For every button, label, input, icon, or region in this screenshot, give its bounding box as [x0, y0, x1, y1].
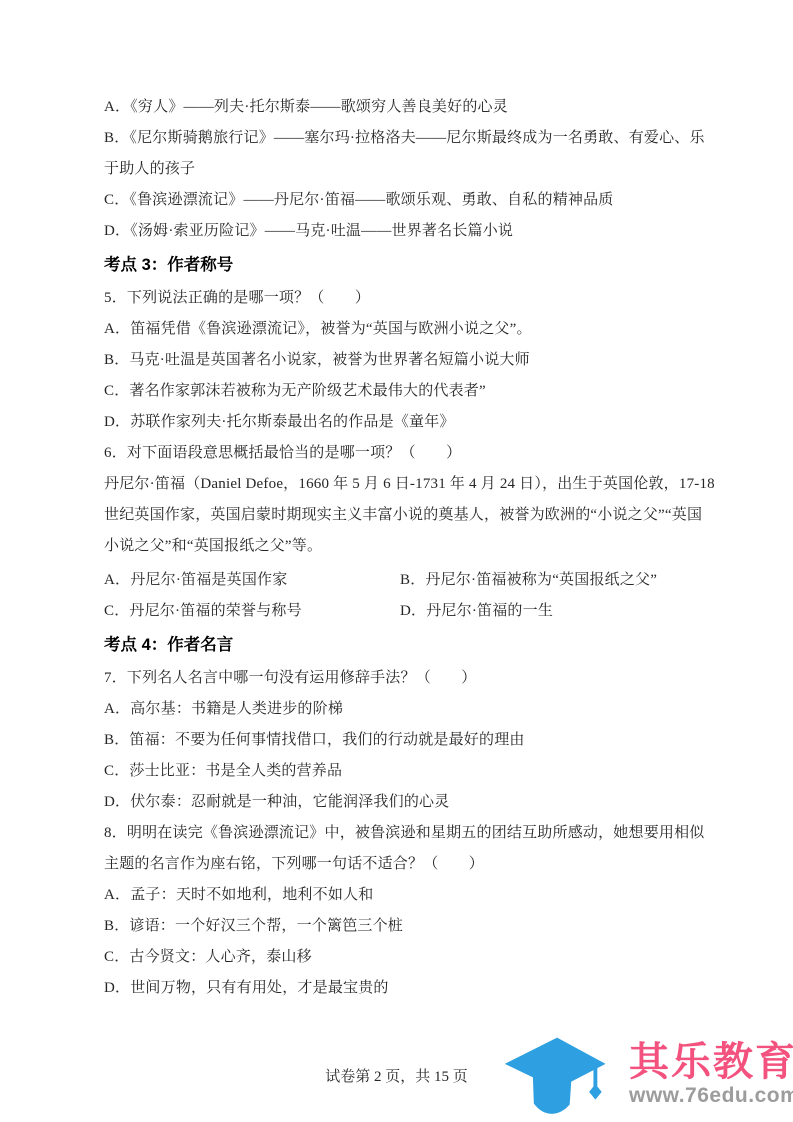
- q6-option-d: D．丹尼尔·笛福的一生: [400, 596, 704, 627]
- q6-option-b: B．丹尼尔·笛福被称为“英国报纸之父”: [400, 565, 704, 596]
- q7-option-d: D．伏尔泰：忍耐就是一种油，它能润泽我们的心灵: [104, 787, 704, 818]
- q8-option-b: B．谚语：一个好汉三个帮，一个篱笆三个桩: [104, 911, 704, 942]
- q7-option-b: B．笛福：不要为任何事情找借口，我们的行动就是最好的理由: [104, 725, 704, 756]
- q5-option-d: D．苏联作家列夫·托尔斯泰最出名的作品是《童年》: [104, 407, 704, 438]
- q8-option-a: A．孟子：天时不如地利，地利不如人和: [104, 880, 704, 911]
- section4-heading: 考点 4：作者名言: [104, 629, 704, 661]
- q4-option-d: D．《汤姆·索亚历险记》——马克·吐温——世界著名长篇小说: [104, 216, 704, 247]
- q4-option-b-line1: B．《尼尔斯骑鹅旅行记》——塞尔玛·拉格洛夫——尼尔斯最终成为一名勇敢、有爱心、…: [104, 123, 704, 154]
- q6-passage-line1: 丹尼尔·笛福（Daniel Defoe，1660 年 5 月 6 日-1731 …: [104, 469, 704, 500]
- brand-logo: 其乐教育 www.76edu.com: [497, 1026, 793, 1122]
- page-number-label: 试卷第 2 页，共 15 页: [325, 1069, 468, 1085]
- q7-option-a: A．高尔基：书籍是人类进步的阶梯: [104, 694, 704, 725]
- q8-option-c: C．古今贤文：人心齐，泰山移: [104, 942, 704, 973]
- q5-option-c: C．著名作家郭沫若被称为无产阶级艺术最伟大的代表者”: [104, 376, 704, 407]
- section3-heading: 考点 3：作者称号: [104, 249, 704, 281]
- q5-option-a: A．笛福凭借《鲁滨逊漂流记》，被誉为“英国与欧洲小说之父”。: [104, 314, 704, 345]
- q5-stem: 5．下列说法正确的是哪一项？（ ）: [104, 283, 704, 314]
- q6-option-a: A．丹尼尔·笛福是英国作家: [104, 565, 400, 596]
- q4-option-a: A．《穷人》——列夫·托尔斯泰——歌颂穷人善良美好的心灵: [104, 92, 704, 123]
- q7-stem: 7．下列名人名言中哪一句没有运用修辞手法？（ ）: [104, 663, 704, 694]
- brand-name: 其乐教育: [629, 1040, 793, 1084]
- q5-option-b: B．马克·吐温是英国著名小说家，被誉为世界著名短篇小说大师: [104, 345, 704, 376]
- graduation-cap-icon: [497, 1026, 623, 1122]
- page-content: A．《穷人》——列夫·托尔斯泰——歌颂穷人善良美好的心灵 B．《尼尔斯骑鹅旅行记…: [104, 92, 704, 1004]
- logo-text-block: 其乐教育 www.76edu.com: [629, 1040, 793, 1107]
- q6-passage-line2: 世纪英国作家，英国启蒙时期现实主义丰富小说的奠基人，被誉为欧洲的“小说之父”“英…: [104, 500, 704, 531]
- q4-option-b-line2: 于助人的孩子: [104, 154, 704, 185]
- q8-option-d: D．世间万物，只有有用处，才是最宝贵的: [104, 973, 704, 1004]
- q8-stem-line1: 8．明明在读完《鲁滨逊漂流记》中，被鲁滨逊和星期五的团结互助所感动，她想要用相似: [104, 818, 704, 849]
- q6-stem: 6．对下面语段意思概括最恰当的是哪一项？（ ）: [104, 438, 704, 469]
- q6-option-c: C．丹尼尔·笛福的荣誉与称号: [104, 596, 400, 627]
- q8-stem-line2: 主题的名言作为座右铭，下列哪一句话不适合？（ ）: [104, 849, 704, 880]
- exam-paper-page: A．《穷人》——列夫·托尔斯泰——歌颂穷人善良美好的心灵 B．《尼尔斯骑鹅旅行记…: [0, 0, 793, 1122]
- q6-options-grid: A．丹尼尔·笛福是英国作家 B．丹尼尔·笛福被称为“英国报纸之父” C．丹尼尔·…: [104, 565, 704, 627]
- q6-passage-line3: 小说之父”和“英国报纸之父”等。: [104, 531, 704, 562]
- q7-option-c: C．莎士比亚：书是全人类的营养品: [104, 756, 704, 787]
- brand-url: www.76edu.com: [629, 1084, 793, 1107]
- q4-option-c: C．《鲁滨逊漂流记》——丹尼尔·笛福——歌颂乐观、勇敢、自私的精神品质: [104, 185, 704, 216]
